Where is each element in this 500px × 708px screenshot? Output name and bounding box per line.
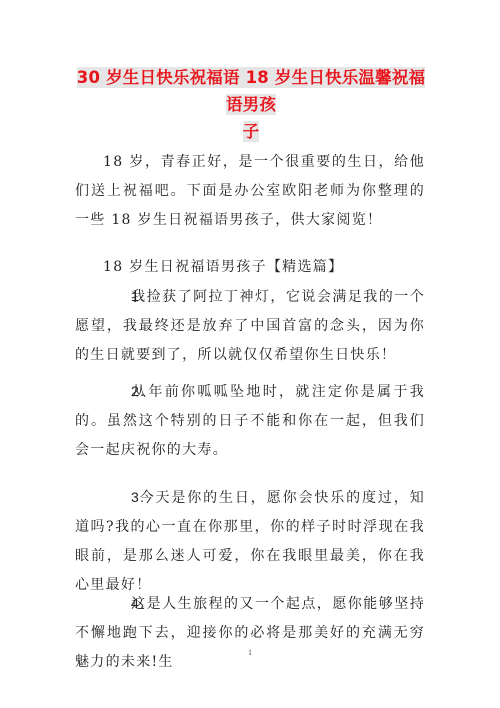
item-number: 3.	[103, 483, 139, 512]
intro-paragraph: 18 岁，青春正好，是一个很重要的生日，给他们送上祝福吧。下面是办公室欧阳老师为…	[75, 148, 425, 235]
section-heading: 18 岁生日祝福语男孩子【精选篇】	[75, 253, 425, 282]
list-item-4: 4.这是人生旅程的又一个起点，愿你能够坚持不懈地跑下去，迎接你的必将是那美好的充…	[75, 589, 425, 677]
list-item-1: 1.我捡获了阿拉丁神灯，它说会满足我的一个愿望，我最终还是放弃了中国首富的念头，…	[75, 282, 425, 370]
list-item-3: 3.今天是你的生日，愿你会快乐的度过，知道吗?我的心一直在你那里，你的样子时时浮…	[75, 483, 425, 600]
item-number: 4.	[103, 589, 131, 618]
title-line-1: 30 岁生日快乐祝福语 18 岁生日快乐温馨祝福语男孩	[77, 67, 425, 115]
document-page: 30 岁生日快乐祝福语 18 岁生日快乐温馨祝福语男孩 子 18 岁，青春正好，…	[0, 0, 500, 708]
item-number: 1.	[103, 282, 131, 311]
item-number: 2.	[103, 377, 131, 406]
document-title: 30 岁生日快乐祝福语 18 岁生日快乐温馨祝福语男孩 子	[70, 64, 432, 145]
list-item-2: 2.从年前你呱呱坠地时，就注定你是属于我的。虽然这个特别的日子不能和你在一起，但…	[75, 377, 425, 465]
page-number: 1	[0, 648, 500, 657]
title-line-2: 子	[243, 121, 260, 142]
